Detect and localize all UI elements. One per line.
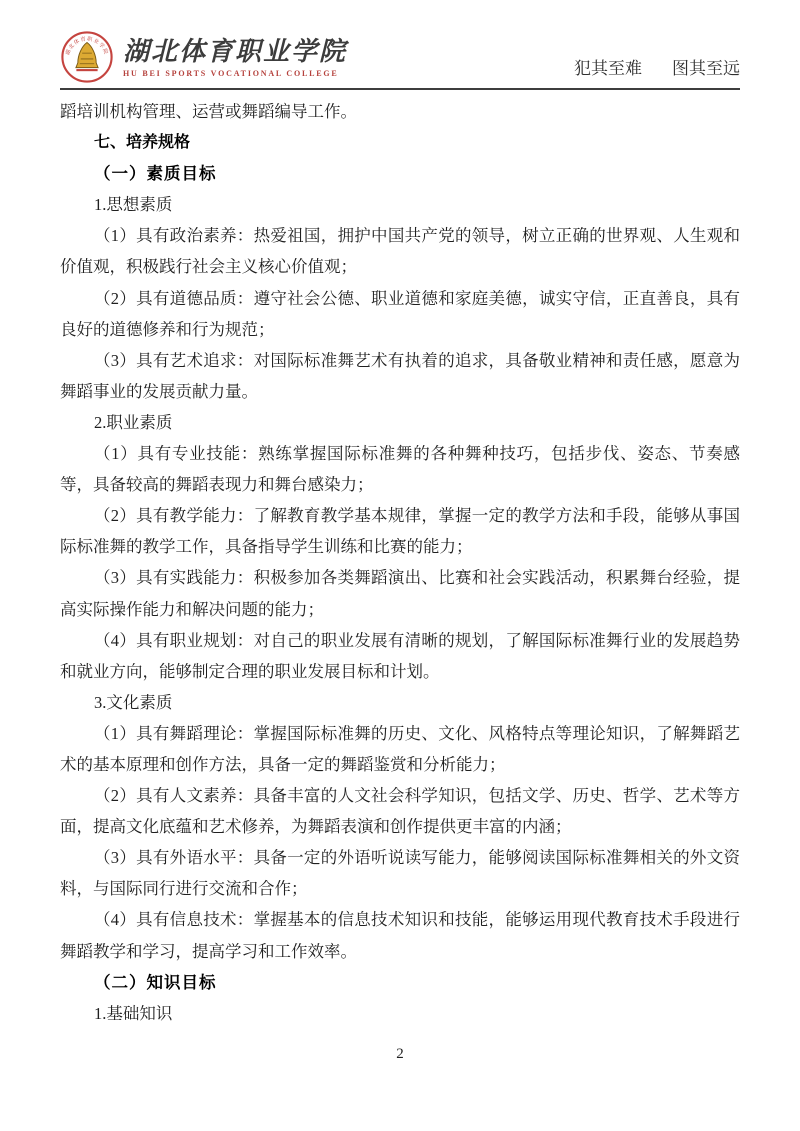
paragraph: （2）具有人文素养：具备丰富的人文社会科学知识，包括文学、历史、哲学、艺术等方面… <box>60 780 740 842</box>
paragraph: （3）具有艺术追求：对国际标准舞艺术有执着的追求，具备敬业精神和责任感，愿意为舞… <box>60 345 740 407</box>
paragraph: 2.职业素质 <box>60 407 740 438</box>
college-name-chinese: 湖北体育职业学院 <box>123 36 347 67</box>
paragraph: （3）具有外语水平：具备一定的外语听说读写能力，能够阅读国际标准舞相关的外文资料… <box>60 842 740 904</box>
college-seal-icon: 湖北体育职业学院 <box>60 30 114 84</box>
paragraph: 1.思想素质 <box>60 189 740 220</box>
college-name-english: HU BEI SPORTS VOCATIONAL COLLEGE <box>123 69 347 78</box>
paragraph: 3.文化素质 <box>60 687 740 718</box>
paragraph: （1）具有专业技能：熟练掌握国际标准舞的各种舞种技巧，包括步伐、姿态、节奏感等，… <box>60 438 740 500</box>
document-page: 湖北体育职业学院 湖北体育职业学院 HU BEI SPORTS VOCATION… <box>0 0 800 1131</box>
college-name-block: 湖北体育职业学院 HU BEI SPORTS VOCATIONAL COLLEG… <box>123 36 347 78</box>
paragraph: （1）具有政治素养：热爱祖国，拥护中国共产党的领导，树立正确的世界观、人生观和价… <box>60 220 740 282</box>
section-heading: 七、培养规格 <box>60 127 740 158</box>
paragraph: （2）具有教学能力：了解教育教学基本规律，掌握一定的教学方法和手段，能够从事国际… <box>60 500 740 562</box>
paragraph: （1）具有舞蹈理论：掌握国际标准舞的历史、文化、风格特点等理论知识，了解舞蹈艺术… <box>60 718 740 780</box>
college-logo: 湖北体育职业学院 湖北体育职业学院 HU BEI SPORTS VOCATION… <box>60 30 347 84</box>
paragraph: （4）具有信息技术：掌握基本的信息技术知识和技能，能够运用现代教育技术手段进行舞… <box>60 904 740 966</box>
paragraph: 蹈培训机构管理、运营或舞蹈编导工作。 <box>60 96 740 127</box>
document-body: 蹈培训机构管理、运营或舞蹈编导工作。七、培养规格（一）素质目标1.思想素质（1）… <box>0 90 800 1029</box>
paragraph: 1.基础知识 <box>60 998 740 1029</box>
page-number: 2 <box>396 1046 404 1062</box>
section-heading: （二）知识目标 <box>60 967 740 998</box>
page-footer: 2 <box>0 1045 800 1063</box>
paragraph: （3）具有实践能力：积极参加各类舞蹈演出、比赛和社会实践活动，积累舞台经验，提高… <box>60 562 740 624</box>
paragraph: （4）具有职业规划：对自己的职业发展有清晰的规划，了解国际标准舞行业的发展趋势和… <box>60 625 740 687</box>
section-heading: （一）素质目标 <box>60 158 740 189</box>
paragraph: （2）具有道德品质：遵守社会公德、职业道德和家庭美德，诚实守信，正直善良，具有良… <box>60 283 740 345</box>
page-header: 湖北体育职业学院 湖北体育职业学院 HU BEI SPORTS VOCATION… <box>0 0 800 84</box>
school-motto: 犯其至难 图其至远 <box>574 54 740 84</box>
motto-phrase-2: 图其至远 <box>672 54 740 79</box>
motto-phrase-1: 犯其至难 <box>574 54 642 79</box>
